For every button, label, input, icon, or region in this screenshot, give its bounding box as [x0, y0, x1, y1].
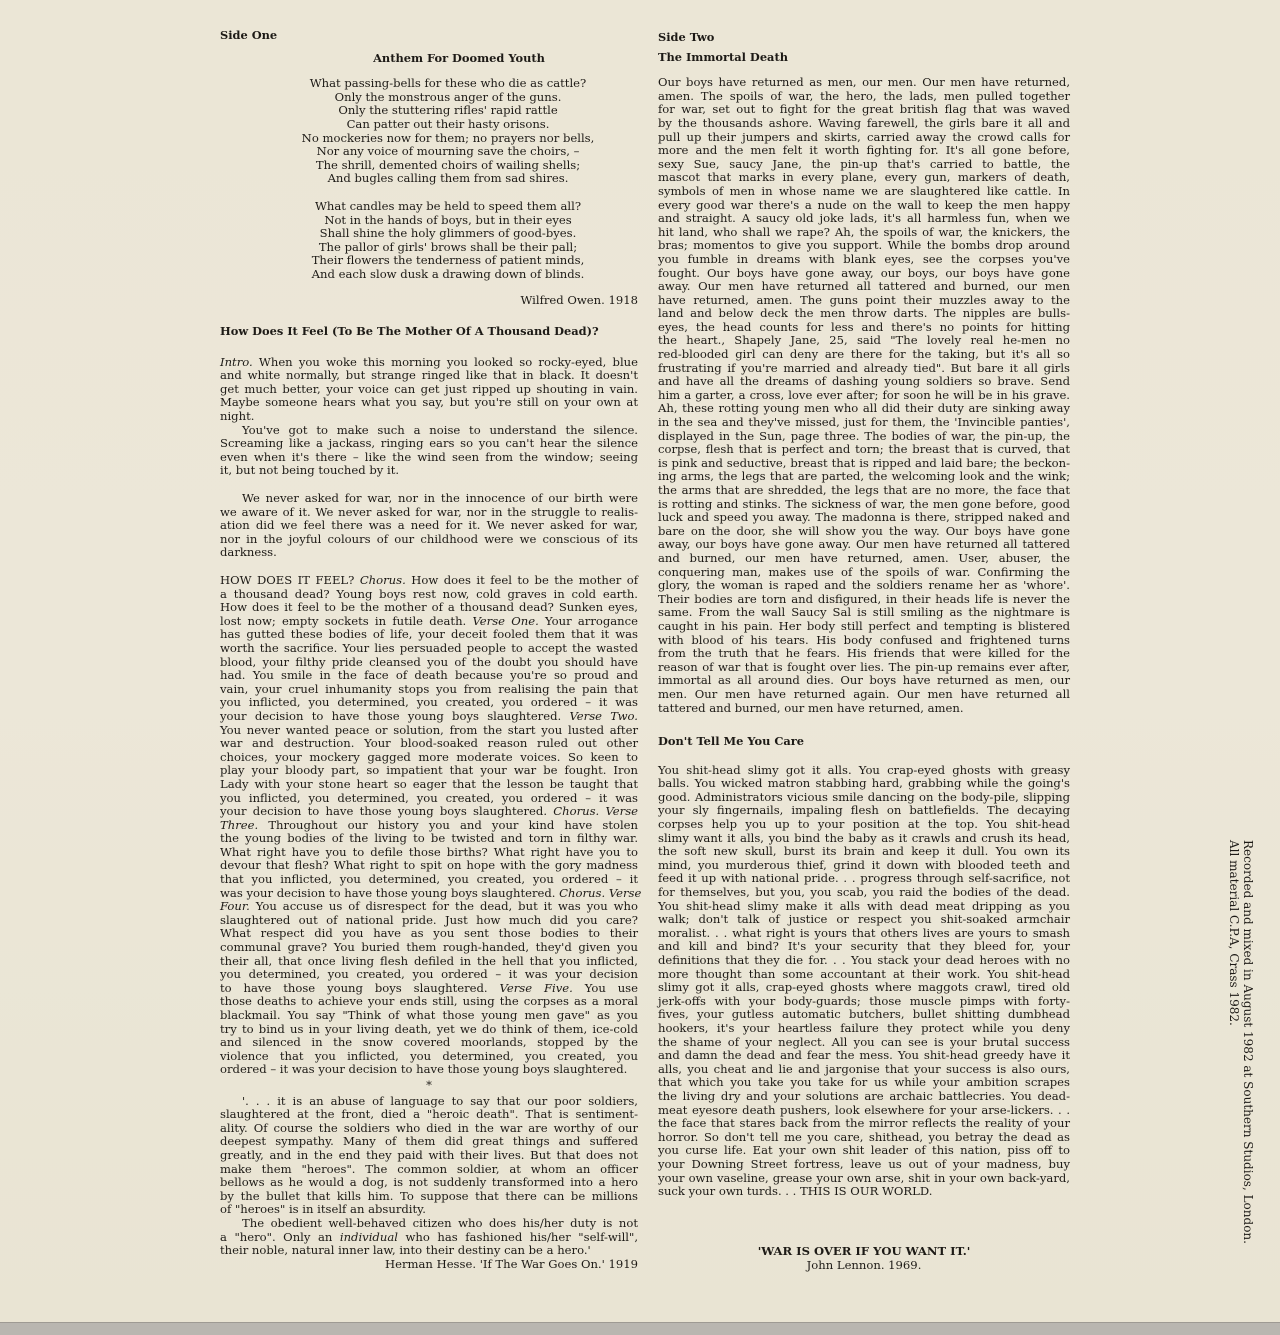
- text-line: walk; don't talk of justice or respect y…: [658, 913, 1070, 927]
- text-line: You never wanted peace or solution, from…: [220, 724, 638, 738]
- text-line: you inflicted, you determined, you creat…: [220, 696, 638, 710]
- lennon-quote: 'WAR IS OVER IF YOU WANT IT.': [658, 1244, 1070, 1258]
- text-line: by the bullet that kills him. To suppose…: [220, 1190, 638, 1204]
- text-line: displayed in the Sun, page three. The bo…: [658, 430, 1070, 444]
- text-line: corpse, flesh that is perfect and torn; …: [658, 443, 1070, 457]
- text-line: had. You smile in the face of death beca…: [220, 669, 638, 683]
- hesse-line: their noble, natural inner law, into the…: [220, 1244, 638, 1258]
- hesse-text: a "hero". Only an: [220, 1230, 340, 1244]
- text-line: more thought than some accountant at the…: [658, 968, 1070, 982]
- text-line: moralist. . . what right is yours that o…: [658, 927, 1070, 941]
- text-line: nor in the joyful colours of our childho…: [220, 533, 638, 547]
- text-line: slaughtered out of national pride. Just …: [220, 914, 638, 928]
- text-line: the arms that are shredded, the legs tha…: [658, 484, 1070, 498]
- text-line: away, our boys have gone away. Our men h…: [658, 538, 1070, 552]
- text-line: luck and speed you away. The madonna is …: [658, 511, 1070, 525]
- text-line: war and destruction. Your blood-soaked r…: [220, 737, 638, 751]
- section-marker: Chorus.: [360, 573, 406, 587]
- text-line: every good war there's a nude on the wal…: [658, 199, 1070, 213]
- section-marker: Verse Two.: [569, 709, 638, 723]
- text-line: and silenced in the snow covered moorlan…: [220, 1036, 638, 1050]
- text-line: you curse life. Eat your own shit leader…: [658, 1144, 1070, 1158]
- text-line: pull up their jumpers and skirts, carrie…: [658, 131, 1070, 145]
- text-line: the young bodies of the living to be twi…: [220, 832, 638, 846]
- text-line: mascot that marks in every plane, every …: [658, 171, 1070, 185]
- text-line: is rotting and stinks. The sickness of w…: [658, 498, 1070, 512]
- hesse-text: who has fashioned his/her "self-will",: [398, 1230, 638, 1244]
- text-line: HOW DOES IT FEEL? Chorus. How does it fe…: [220, 574, 638, 588]
- text-line: make them "heroes". The common soldier, …: [220, 1163, 638, 1177]
- poem-line: What passing-bells for these who die as …: [268, 77, 628, 91]
- text-line: suck your own turds. . . THIS IS OUR WOR…: [658, 1185, 1070, 1199]
- text-line: Three. Throughout our history you and yo…: [220, 819, 638, 833]
- text-line: hit land, who shall we rape? Ah, the spo…: [658, 226, 1070, 240]
- text-line: and straight. A saucy old joke lads, it'…: [658, 212, 1070, 226]
- text-line: glory, the woman is raped and the soldie…: [658, 579, 1070, 593]
- poem-line: The pallor of girls' brows shall be thei…: [268, 241, 628, 255]
- text-line: and white normally, but strange ringed l…: [220, 369, 638, 383]
- text-line: choices, your mockery gagged more modera…: [220, 751, 638, 765]
- side-one-column: Side One Anthem For Doomed Youth What pa…: [220, 29, 638, 1271]
- section-marker: Four.: [220, 899, 250, 913]
- text-line: of "heroes" is in itself an absurdity.: [220, 1203, 638, 1217]
- text-line: with blood of his tears. His body confus…: [658, 634, 1070, 648]
- text-line: Screaming like a jackass, ringing ears s…: [220, 437, 638, 451]
- text-line: was your decision to have those young bo…: [220, 887, 638, 901]
- poem-line: Nor any voice of mourning save the choir…: [268, 145, 628, 159]
- hesse-line: The obedient well-behaved citizen who do…: [220, 1217, 638, 1231]
- text-line: amen. The spoils of war, the hero, the l…: [658, 90, 1070, 104]
- poem-line: What candles may be held to speed them a…: [268, 200, 628, 214]
- poem-line: Shall shine the holy glimmers of good-by…: [268, 227, 628, 241]
- text-line: your decision to have those young boys s…: [220, 710, 638, 724]
- text-line: the face that stares back from the mirro…: [658, 1117, 1070, 1131]
- text-line: it, but not being touched by it.: [220, 464, 638, 478]
- text-line: you determined, you created, you ordered…: [220, 968, 638, 982]
- dont-tell-me-lyrics: You shit-head slimy got it alls. You cra…: [658, 764, 1070, 1199]
- text-line: the heart., Shapely Jane, 25, said "The …: [658, 334, 1070, 348]
- text-line: meat eyesore death pushers, look elsewhe…: [658, 1104, 1070, 1118]
- text-line: Lady with your stone heart so eager that…: [220, 778, 638, 792]
- text-line: violence that you inflicted, you determi…: [220, 1050, 638, 1064]
- text-line: We never asked for war, nor in the innoc…: [220, 492, 638, 506]
- text-line: get much better, your voice can get just…: [220, 383, 638, 397]
- text-line: same. From the wall Saucy Sal is still s…: [658, 606, 1070, 620]
- text-line: lost now; empty sockets in futile death.…: [220, 615, 638, 629]
- text-line: Ah, these rotting young men who all did …: [658, 402, 1070, 416]
- text-line: ality. Of course the soldiers who died i…: [220, 1122, 638, 1136]
- text-line: slaughtered at the front, died a "heroic…: [220, 1108, 638, 1122]
- text-line: You shit-head slimy make it alls with de…: [658, 900, 1070, 914]
- text-line: communal grave? You buried them rough-ha…: [220, 941, 638, 955]
- poem-line: Their flowers the tenderness of patient …: [268, 254, 628, 268]
- text-line: corpses help you up to your position at …: [658, 818, 1070, 832]
- text-line: slimy got it alls, crap-eyed ghosts wher…: [658, 981, 1070, 995]
- text-line: blackmail. You say "Think of what those …: [220, 1009, 638, 1023]
- text-line: How does it feel to be the mother of a t…: [220, 601, 638, 615]
- credits-line-1: Recorded and mixed in August 1982 at Sou…: [1241, 840, 1255, 1244]
- hesse-attribution: Herman Hesse. 'If The War Goes On.' 1919: [220, 1258, 638, 1272]
- text-line: we aware of it. We never asked for war, …: [220, 506, 638, 520]
- text-line: reason of war that is fought over lies. …: [658, 661, 1070, 675]
- poem-line: And bugles calling them from sad shires.: [268, 172, 628, 186]
- text-line: you inflicted, you determined, you creat…: [220, 792, 638, 806]
- text-line: even when it's there – like the wind see…: [220, 451, 638, 465]
- poem-line: Only the monstrous anger of the guns.: [268, 91, 628, 105]
- poem-line: No mockeries now for them; no prayers no…: [268, 132, 628, 146]
- text-line: their all, that once living flesh defile…: [220, 955, 638, 969]
- text-line: hookers, it's your heartless failure the…: [658, 1022, 1070, 1036]
- text-line: bellows as he would a dog, is not sudden…: [220, 1176, 638, 1190]
- how-does-it-feel-title: How Does It Feel (To Be The Mother Of A …: [220, 325, 638, 339]
- text-line: definitions that they die for. . . You s…: [658, 954, 1070, 968]
- hesse-quote-paragraph: '. . . it is an abuse of language to say…: [220, 1095, 638, 1217]
- text-line: you fumble in dreams with blank eyes, se…: [658, 253, 1070, 267]
- text-line: the living dry and your solutions are ar…: [658, 1090, 1070, 1104]
- text-line: away. Our men have returned all tattered…: [658, 280, 1070, 294]
- text-line: worth the sacrifice. Your lies persuaded…: [220, 642, 638, 656]
- text-line: greatly, and in the end they paid with t…: [220, 1149, 638, 1163]
- immortal-death-lyrics: Our boys have returned as men, our men. …: [658, 76, 1070, 715]
- text-line: Four. You accuse us of disrespect for th…: [220, 900, 638, 914]
- text-line: fought. Our boys have gone away, our boy…: [658, 267, 1070, 281]
- lennon-quote-block: 'WAR IS OVER IF YOU WANT IT.' John Lenno…: [658, 1244, 1070, 1272]
- text-line: in the sea and they've missed, just for …: [658, 416, 1070, 430]
- text-line: night.: [220, 410, 638, 424]
- text-line: Our boys have returned as men, our men. …: [658, 76, 1070, 90]
- section-separator: *: [220, 1079, 638, 1093]
- text-line: the shame of your neglect. All you can s…: [658, 1036, 1070, 1050]
- text-line: more and the men felt it worth fighting …: [658, 144, 1070, 158]
- text-line: good. Administrators vicious smile danci…: [658, 791, 1070, 805]
- text-line: You shit-head slimy got it alls. You cra…: [658, 764, 1070, 778]
- text-line: red-blooded girl can deny are there for …: [658, 348, 1070, 362]
- never-asked-paragraph: We never asked for war, nor in the innoc…: [220, 492, 638, 560]
- side-two-column: Side Two The Immortal Death Our boys hav…: [658, 31, 1070, 1199]
- text-line: is pink and seductive, breast that is ri…: [658, 457, 1070, 471]
- text-line: play your bloody part, so impatient that…: [220, 764, 638, 778]
- hesse-quote-paragraph-2: The obedient well-behaved citizen who do…: [220, 1217, 638, 1258]
- text-line: your decision to have those young boys s…: [220, 805, 638, 819]
- text-line: try to bind us in your living death, yet…: [220, 1023, 638, 1037]
- text-line: bare on the door, she will show you the …: [658, 525, 1070, 539]
- text-line: him a garter, a cross, love ever after; …: [658, 389, 1070, 403]
- text-line: balls. You wicked matron stabbing hard, …: [658, 777, 1070, 791]
- text-line: your Downing Street fortress, leave us o…: [658, 1158, 1070, 1172]
- text-line: horror. So don't tell me you care, shith…: [658, 1131, 1070, 1145]
- text-line: bras; momentos to give you support. Whil…: [658, 239, 1070, 253]
- section-marker: Chorus. Verse: [559, 886, 641, 900]
- text-line: immortal as all around dies. Our boys ha…: [658, 674, 1070, 688]
- text-line: symbols of men in whose name we are slau…: [658, 185, 1070, 199]
- text-line: sexy Sue, saucy Jane, the pin-up that's …: [658, 158, 1070, 172]
- dont-tell-me-title: Don't Tell Me You Care: [658, 735, 1070, 749]
- text-line: that you inflicted, you determined, you …: [220, 873, 638, 887]
- hesse-emphasis: individual: [340, 1230, 398, 1244]
- text-line: the soft new skull, burst its brain and …: [658, 845, 1070, 859]
- hesse-line: a "hero". Only an individual who has fas…: [220, 1231, 638, 1245]
- text-line: You've got to make such a noise to under…: [220, 424, 638, 438]
- text-line: ordered – it was your decision to have t…: [220, 1063, 638, 1077]
- anthem-stanza-1: What passing-bells for these who die as …: [268, 77, 628, 186]
- lennon-attribution: John Lennon. 1969.: [658, 1258, 1070, 1272]
- text-line: from the truth that he fears. His friend…: [658, 647, 1070, 661]
- anthem-attribution: Wilfred Owen. 1918: [220, 294, 638, 308]
- text-line: jerk-offs with your body-guards; those m…: [658, 995, 1070, 1009]
- section-marker: Three.: [220, 818, 258, 832]
- silence-paragraph: You've got to make such a noise to under…: [220, 424, 638, 478]
- text-line: for war, set out to fight for the great …: [658, 103, 1070, 117]
- text-line: has gutted these bodies of life, your de…: [220, 628, 638, 642]
- text-line: men. Our men have returned again. Our me…: [658, 688, 1070, 702]
- section-marker: Chorus. Verse: [553, 804, 638, 818]
- text-line: Their bodies are torn and disfigured, in…: [658, 593, 1070, 607]
- text-line: '. . . it is an abuse of language to say…: [220, 1095, 638, 1109]
- poem-line: The shrill, demented choirs of wailing s…: [268, 159, 628, 173]
- text-line: for themselves, but you, you scab, you r…: [658, 886, 1070, 900]
- text-line: your sly fingernails, impaling flesh on …: [658, 804, 1070, 818]
- intro-paragraph: Intro. When you woke this morning you lo…: [220, 356, 638, 424]
- text-line: a thousand dead? Young boys rest now, co…: [220, 588, 638, 602]
- text-line: and have all the dreams of dashing young…: [658, 375, 1070, 389]
- credits-line-2: All material C.P.A, Crass 1982.: [1227, 840, 1241, 1244]
- record-sleeve-paper: [0, 0, 1280, 1322]
- text-line: vain, your cruel inhumanity stops you fr…: [220, 683, 638, 697]
- text-line: deepest sympathy. Many of them did great…: [220, 1135, 638, 1149]
- text-line: frustrating if you're married and alread…: [658, 362, 1070, 376]
- text-line: fives, your gutless automatic butchers, …: [658, 1008, 1070, 1022]
- text-line: caught in his pain. Her body still perfe…: [658, 620, 1070, 634]
- side-two-label: Side Two: [658, 31, 1070, 45]
- text-line: ation did we feel there was a need for i…: [220, 519, 638, 533]
- text-line: What respect did you have as you sent th…: [220, 927, 638, 941]
- text-line: have returned, amen. The guns point thei…: [658, 294, 1070, 308]
- anthem-stanza-2: What candles may be held to speed them a…: [268, 200, 628, 282]
- text-line: your own vaseline, grease your own arse,…: [658, 1172, 1070, 1186]
- text-line: blood, your filthy pride cleansed you of…: [220, 656, 638, 670]
- text-line: by the thousands ashore. Waving farewell…: [658, 117, 1070, 131]
- section-marker: Verse Five.: [500, 981, 573, 995]
- poem-line: And each slow dusk a drawing down of bli…: [268, 268, 628, 282]
- text-line: slimy want it alls, you bind the baby as…: [658, 832, 1070, 846]
- poem-line: Can patter out their hasty orisons.: [268, 118, 628, 132]
- text-line: land and below deck the men throw darts.…: [658, 307, 1070, 321]
- text-line: mind, you murderous thief, grind it down…: [658, 859, 1070, 873]
- anthem-title: Anthem For Doomed Youth: [280, 52, 638, 66]
- text-line: conquering man, makes use of the spoils …: [658, 566, 1070, 580]
- text-line: darkness.: [220, 546, 638, 560]
- text-line: Intro. When you woke this morning you lo…: [220, 356, 638, 370]
- text-line: that which you take you take for us whil…: [658, 1076, 1070, 1090]
- text-line: those deaths to achieve your ends still,…: [220, 995, 638, 1009]
- side-one-label: Side One: [220, 29, 638, 43]
- text-line: and kill and bind? It's your security th…: [658, 940, 1070, 954]
- text-line: eyes, the head counts for less and there…: [658, 321, 1070, 335]
- text-line: and damn the dead and fear the mess. You…: [658, 1049, 1070, 1063]
- text-line: feed it up with national pride. . . prog…: [658, 872, 1070, 886]
- chorus-verses-paragraph: HOW DOES IT FEEL? Chorus. How does it fe…: [220, 574, 638, 1077]
- text-line: Maybe someone hears what you say, but yo…: [220, 396, 638, 410]
- immortal-death-title: The Immortal Death: [658, 51, 1070, 65]
- section-marker: Verse One.: [472, 614, 538, 628]
- text-line: devour that flesh? What right to spit on…: [220, 859, 638, 873]
- text-line: tattered and burned, our men have return…: [658, 702, 1070, 716]
- section-marker: Intro.: [220, 355, 253, 369]
- text-line: alls, you cheat and lie and jargonise th…: [658, 1063, 1070, 1077]
- text-line: and burned, our men have returned, amen.…: [658, 552, 1070, 566]
- text-line: ing arms, the legs that are parted, the …: [658, 470, 1070, 484]
- text-line: to have those young boys slaughtered. Ve…: [220, 982, 638, 996]
- poem-line: Not in the hands of boys, but in their e…: [268, 214, 628, 228]
- recording-credits: Recorded and mixed in August 1982 at Sou…: [1227, 840, 1255, 1244]
- sleeve-bottom-edge: [0, 1322, 1280, 1335]
- text-line: What right have you to defile those birt…: [220, 846, 638, 860]
- poem-line: Only the stuttering rifles' rapid rattle: [268, 104, 628, 118]
